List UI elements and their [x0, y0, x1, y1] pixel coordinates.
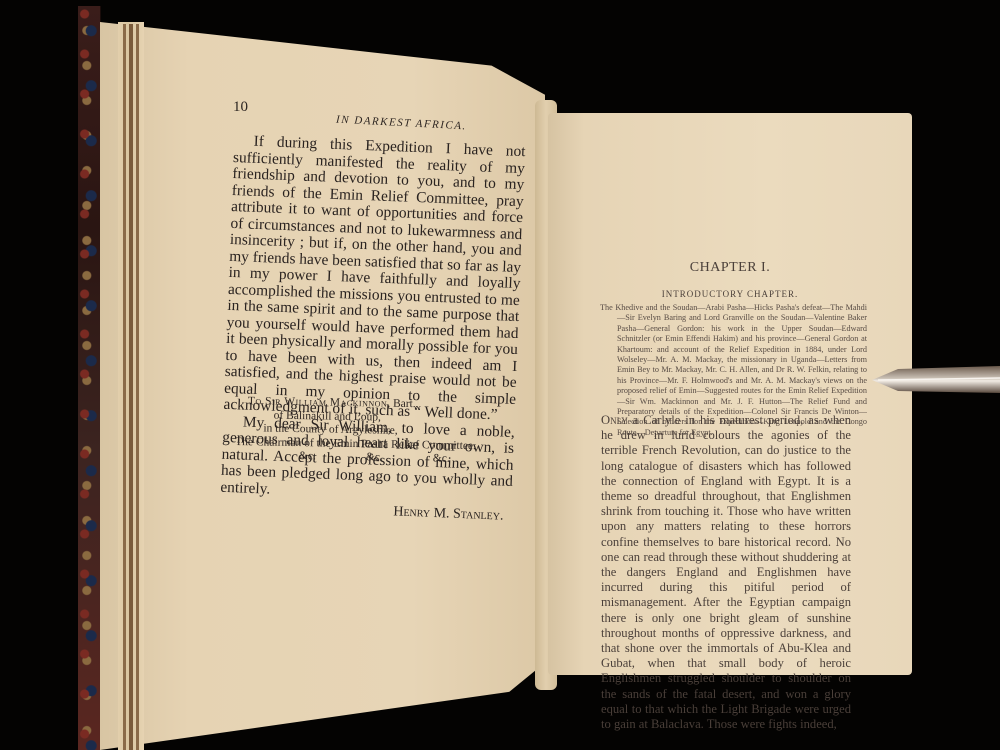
dedication: To Sir William Mackinnon, Bart., of Bali…	[235, 395, 466, 467]
dedication-prefix: To	[248, 395, 265, 407]
chapter-body: Only a Carlyle in his maturest period, a…	[601, 413, 851, 732]
chapter-title: CHAPTER I.	[548, 260, 912, 276]
etc-mark: &c.	[366, 451, 383, 465]
page-number: 10	[233, 99, 248, 116]
letter-opener-icon	[872, 363, 1000, 397]
marbled-board-edge	[78, 6, 101, 750]
chapter-subtitle: INTRODUCTORY CHAPTER.	[548, 289, 912, 299]
gilt-line	[129, 24, 133, 750]
letter-body: If during this Expedition I have not suf…	[219, 133, 525, 525]
dedication-name: Sir William Mackinnon	[265, 396, 387, 410]
body-lead-smallcaps: Only	[601, 413, 628, 427]
letter-paragraph: If during this Expedition I have not suf…	[223, 133, 526, 425]
gilt-line	[136, 24, 139, 750]
etc-mark: &c.	[299, 450, 316, 464]
dedication-suffix: , Bart.,	[387, 398, 419, 411]
etc-mark: &c.	[433, 452, 450, 466]
body-text: a Carlyle in his maturest period, as whe…	[601, 413, 851, 731]
gilt-line	[123, 24, 126, 750]
